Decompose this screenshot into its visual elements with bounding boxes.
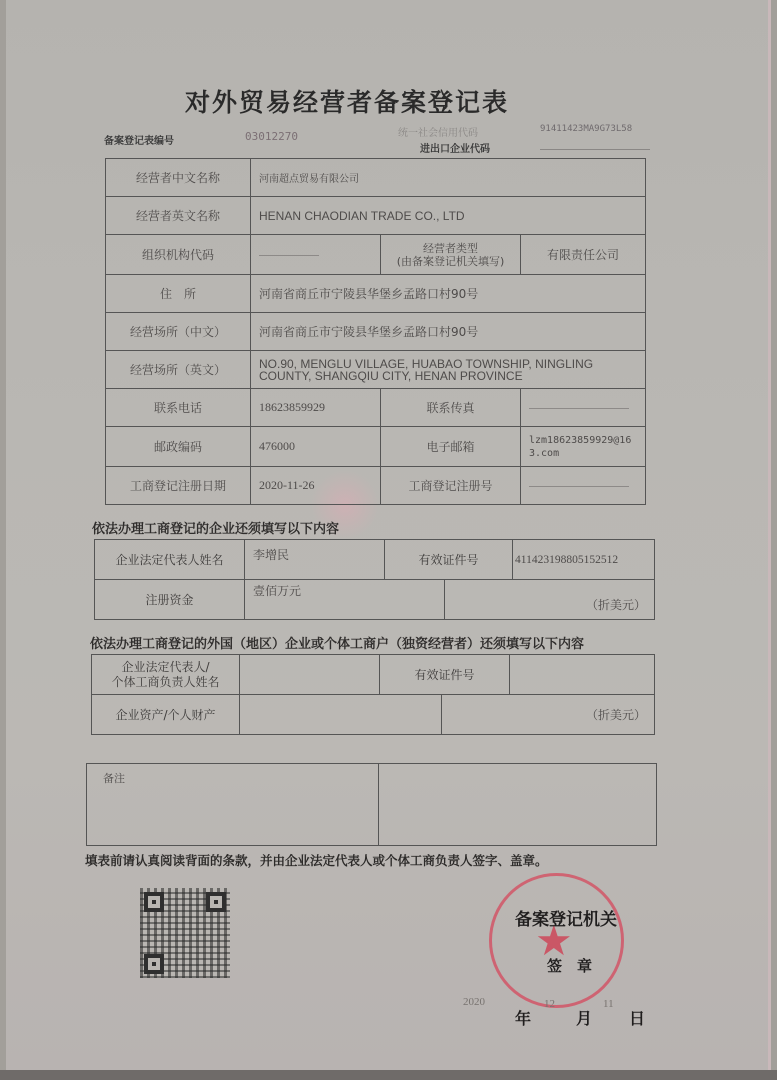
value-chinese-name: 河南超点贸易有限公司 (251, 159, 646, 197)
row-address: 住 所 河南省商丘市宁陵县华堡乡孟路口村90号 (106, 275, 646, 313)
label-usd-equiv-2: （折美元） (442, 695, 655, 735)
seal-sign-label: 签 章 (547, 955, 592, 976)
row-legal-rep: 企业法定代表人姓名 李增民 有效证件号 411423198805152512 (95, 540, 655, 580)
table-surface-edge (0, 1070, 777, 1080)
row-postal: 邮政编码 476000 电子邮箱 lzm18623859929@163.com (106, 427, 646, 467)
value-capital: 壹佰万元 (245, 580, 445, 620)
credit-code-value: 91411423MA9G73L58 (540, 124, 632, 134)
label-premises-en: 经营场所（英文） (106, 351, 251, 389)
date-year-value: 2020 (463, 996, 485, 1008)
ie-code-blank (540, 149, 650, 150)
label-remarks: 备注 (87, 764, 379, 846)
label-capital: 注册资金 (95, 580, 245, 620)
section2-table: 企业法定代表人/ 个体工商负责人姓名 有效证件号 企业资产/个人财产 （折美元） (91, 654, 655, 735)
value-operator-type: 有限责任公司 (521, 235, 646, 275)
record-no-label: 备案登记表编号 (104, 132, 174, 147)
label-legal-rep: 企业法定代表人姓名 (95, 540, 245, 580)
label-assets: 企业资产/个人财产 (92, 695, 240, 735)
label-address: 住 所 (106, 275, 251, 313)
qr-code (140, 888, 230, 978)
row-remarks: 备注 (87, 764, 657, 846)
row-premises-en: 经营场所（英文） NO.90, MENGLU VILLAGE, HUABAO T… (106, 351, 646, 389)
row-premises-cn: 经营场所（中文） 河南省商丘市宁陵县华堡乡孟路口村90号 (106, 313, 646, 351)
qr-finder-bottom-left (144, 954, 164, 974)
operator-type-line2: (由备案登记机关填写) (389, 255, 512, 268)
value-email: lzm18623859929@163.com (521, 427, 646, 467)
label-phone: 联系电话 (106, 389, 251, 427)
value-reg-no (521, 467, 646, 505)
date-day-value: 11 (603, 998, 614, 1010)
date-month-label: 月 (576, 1006, 592, 1029)
official-seal: ★ (489, 873, 624, 1008)
label-english-name: 经营者英文名称 (106, 197, 251, 235)
remarks-table: 备注 (86, 763, 657, 846)
value-address: 河南省商丘市宁陵县华堡乡孟路口村90号 (251, 275, 646, 313)
label-chinese-name: 经营者中文名称 (106, 159, 251, 197)
label-email: 电子邮箱 (381, 427, 521, 467)
value-english-name: HENAN CHAODIAN TRADE CO., LTD (251, 197, 646, 235)
row-assets: 企业资产/个人财产 （折美元） (92, 695, 655, 735)
label-foreign-id: 有效证件号 (380, 655, 510, 695)
main-info-table: 经营者中文名称 河南超点贸易有限公司 经营者英文名称 HENAN CHAODIA… (105, 158, 646, 505)
value-foreign-rep (240, 655, 380, 695)
label-id-number: 有效证件号 (385, 540, 513, 580)
row-english-name: 经营者英文名称 HENAN CHAODIAN TRADE CO., LTD (106, 197, 646, 235)
seal-authority-label: 备案登记机关 (515, 905, 617, 930)
value-premises-en: NO.90, MENGLU VILLAGE, HUABAO TOWNSHIP, … (251, 351, 646, 389)
value-premises-cn: 河南省商丘市宁陵县华堡乡孟路口村90号 (251, 313, 646, 351)
value-postal: 476000 (251, 427, 381, 467)
foreign-rep-line1: 企业法定代表人/ (100, 660, 231, 675)
label-reg-no: 工商登记注册号 (381, 467, 521, 505)
label-reg-date: 工商登记注册日期 (106, 467, 251, 505)
row-reg-date: 工商登记注册日期 2020-11-26 工商登记注册号 (106, 467, 646, 505)
value-phone: 18623859929 (251, 389, 381, 427)
ie-code-label: 进出口企业代码 (420, 140, 490, 155)
label-foreign-rep: 企业法定代表人/ 个体工商负责人姓名 (92, 655, 240, 695)
label-postal: 邮政编码 (106, 427, 251, 467)
record-no-value: 03012270 (245, 130, 298, 143)
label-premises-cn: 经营场所（中文） (106, 313, 251, 351)
row-capital: 注册资金 壹佰万元 （折美元） (95, 580, 655, 620)
value-fax (521, 389, 646, 427)
value-foreign-id (510, 655, 655, 695)
footer-notice: 填表前请认真阅读背面的条款，并由企业法定代表人或个体工商负责人签字、盖章。 (85, 851, 548, 869)
date-day-label: 日 (629, 1006, 645, 1029)
section1-table: 企业法定代表人姓名 李增民 有效证件号 411423198805152512 注… (94, 539, 655, 620)
operator-type-line1: 经营者类型 (389, 242, 512, 255)
date-month-value: 12 (544, 998, 555, 1010)
qr-finder-top-left (144, 892, 164, 912)
row-chinese-name: 经营者中文名称 河南超点贸易有限公司 (106, 159, 646, 197)
value-org-code (251, 235, 381, 275)
row-foreign-rep: 企业法定代表人/ 个体工商负责人姓名 有效证件号 (92, 655, 655, 695)
section2-title: 依法办理工商登记的外国（地区）企业或个体工商户（独资经营者）还须填写以下内容 (90, 633, 584, 652)
value-reg-date: 2020-11-26 (251, 467, 381, 505)
label-operator-type: 经营者类型 (由备案登记机关填写) (381, 235, 521, 275)
value-id-number: 411423198805152512 (513, 540, 655, 580)
document-title: 对外贸易经营者备案登记表 (185, 83, 605, 119)
qr-finder-top-right (206, 892, 226, 912)
label-org-code: 组织机构代码 (106, 235, 251, 275)
value-legal-rep: 李增民 (245, 540, 385, 580)
label-fax: 联系传真 (381, 389, 521, 427)
value-remarks (379, 764, 657, 846)
label-usd-equiv: （折美元） (445, 580, 655, 620)
row-phone: 联系电话 18623859929 联系传真 (106, 389, 646, 427)
row-org-code: 组织机构代码 经营者类型 (由备案登记机关填写) 有限责任公司 (106, 235, 646, 275)
credit-code-label: 统一社会信用代码 (398, 124, 478, 139)
value-assets (240, 695, 442, 735)
foreign-rep-line2: 个体工商负责人姓名 (100, 675, 231, 690)
date-year-label: 年 (515, 1006, 531, 1029)
section1-title: 依法办理工商登记的企业还须填写以下内容 (92, 518, 339, 537)
